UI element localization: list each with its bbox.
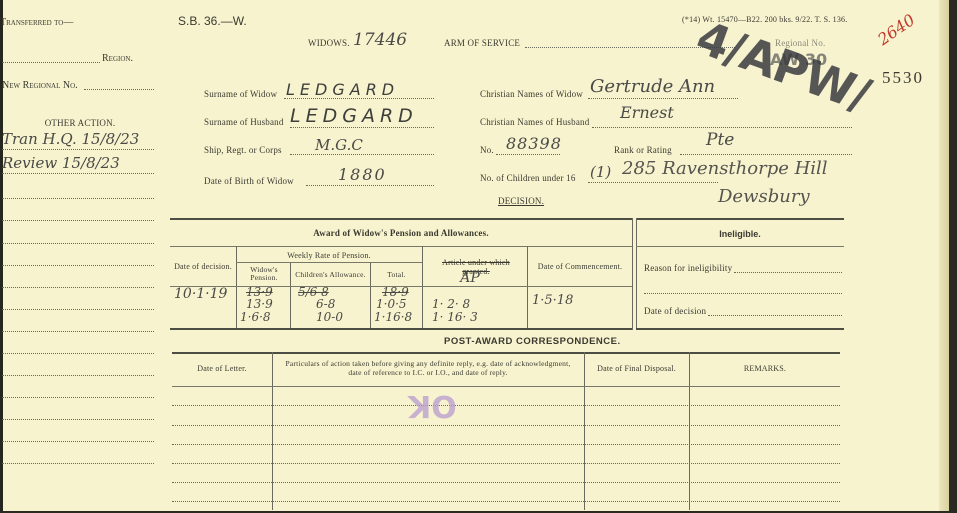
col-remarks: REMARKS.: [690, 364, 840, 373]
total-row-3: 1·16·8: [374, 310, 412, 324]
col-divider: [422, 246, 423, 330]
christian-widow-dotline: [588, 98, 738, 99]
christian-husband-label: Christian Names of Husband: [480, 117, 589, 127]
other-action-dotline: [2, 173, 154, 174]
award-title: Award of Widow's Pension and Allowances.: [170, 228, 632, 238]
widow-pension-card: Transferred to— Region. New Regional No.…: [0, 0, 949, 511]
col-date-decision: Date of decision.: [172, 262, 234, 271]
other-action-dotline: [2, 375, 154, 376]
ineligible-top-rule: [636, 218, 844, 220]
article-row-3: 1· 16· 3: [432, 310, 478, 324]
other-action-dotline: [2, 243, 154, 244]
children-allowance-row-3: 10-0: [316, 310, 343, 324]
corps-label: Ship, Regt. or Corps: [204, 145, 282, 155]
correspondence-row-line: [172, 482, 840, 483]
award-header-rule: [170, 246, 632, 247]
children-allowance-row-2: 6-8: [316, 297, 335, 311]
award-right-border: [632, 218, 633, 330]
other-action-dotline: [2, 397, 154, 398]
ineligible-title: Ineligible.: [636, 229, 844, 239]
service-number-value: 88398: [506, 134, 562, 153]
reason-dotline-2: [644, 293, 842, 294]
other-action-dotline: [2, 265, 154, 266]
arm-of-service-label: ARM OF SERVICE: [444, 38, 520, 48]
form-code: S.B. 36.—W.: [178, 14, 247, 28]
region-dotline: [2, 62, 100, 63]
correspondence-header-rule: [172, 386, 840, 387]
col-widow-pension: Widow's Pension.: [238, 266, 290, 282]
red-ink-number: 2640: [874, 10, 918, 49]
surname-widow-value: LEDGARD: [286, 80, 399, 99]
address-line-1: 285 Ravensthorpe Hill: [622, 158, 828, 179]
col-divider: [272, 352, 273, 510]
regional-number: 5530: [882, 68, 924, 88]
surname-husband-value: LEDGARD: [290, 105, 418, 127]
surname-widow-label: Surname of Widow: [204, 89, 277, 99]
other-action-dotline: [2, 287, 154, 288]
col-weekly-rate: Weekly Rate of Pension.: [236, 251, 422, 260]
rank-label: Rank or Rating: [614, 145, 672, 155]
correspondence-row-line: [172, 444, 840, 445]
correspondence-row-line: [172, 501, 840, 502]
col-divider: [584, 352, 585, 510]
region-label: Region.: [102, 53, 133, 64]
no-label: No.: [480, 145, 494, 155]
other-action-title: OTHER ACTION.: [40, 118, 120, 128]
corps-dotline: [290, 154, 434, 155]
award-bottom-rule: [170, 328, 632, 330]
col-final-disposal: Date of Final Disposal.: [584, 364, 689, 373]
article-row-2: 1· 2· 8: [432, 297, 470, 311]
new-regional-no-dotline: [84, 89, 154, 90]
correspondence-title: POST-AWARD CORRESPONDENCE.: [444, 336, 621, 347]
christian-husband-dotline: [592, 127, 852, 128]
children-value: (1): [590, 163, 611, 181]
other-action-entry-1: Tran H.Q. 15/8/23: [2, 130, 139, 148]
other-action-entry-2: Review 15/8/23: [2, 154, 120, 172]
new-regional-no-label: New Regional No.: [2, 80, 78, 91]
col-total: Total.: [371, 270, 422, 279]
other-action-dotline: [2, 441, 154, 442]
col-commencement: Date of Commencement.: [528, 262, 632, 271]
widow-pension-row-3: 1·6·8: [240, 310, 271, 324]
aw-stamp: AW 30: [770, 50, 827, 69]
date-of-decision-value: 10·1·19: [174, 286, 227, 302]
surname-husband-label: Surname of Husband: [204, 117, 284, 127]
commencement-value: 1·5·18: [532, 293, 573, 308]
widow-pension-row-2: 13·9: [246, 297, 273, 311]
dob-dotline: [306, 185, 434, 186]
correspondence-row-line: [172, 425, 840, 426]
dob-value: 1880: [338, 165, 387, 184]
widows-number: 17446: [353, 30, 407, 50]
other-action-dotline: [2, 309, 154, 310]
other-action-dotline: [2, 419, 154, 420]
christian-husband-value: Ernest: [620, 103, 674, 122]
ok-stamp: OK: [408, 388, 457, 423]
other-action-dotline: [2, 331, 154, 332]
other-action-dotline: [2, 353, 154, 354]
rank-value: Pte: [706, 130, 734, 150]
reason-dotline: [734, 272, 842, 273]
widows-label: WIDOWS.: [308, 38, 350, 48]
col-particulars: Particulars of action taken before givin…: [280, 359, 576, 377]
card-edge: [0, 0, 3, 511]
address-line-2: Dewsbury: [718, 186, 810, 207]
reason-ineligibility-label: Reason for ineligibility: [644, 263, 732, 273]
ineligible-date-label: Date of decision: [644, 306, 706, 316]
weekly-rate-rule: [236, 262, 422, 263]
article-value: AP: [440, 270, 500, 286]
ineligible-bottom-rule: [636, 328, 844, 330]
other-action-dotline: [2, 149, 154, 150]
correspondence-row-line: [172, 405, 840, 406]
other-action-dotline: [2, 198, 154, 199]
surname-widow-dotline: [284, 98, 434, 99]
transferred-to-label: Transferred to—: [0, 17, 73, 28]
decision-label: DECISION.: [498, 196, 544, 206]
dob-label: Date of Birth of Widow: [204, 176, 294, 186]
award-top-rule: [170, 218, 632, 220]
corps-value: M.G.C: [315, 136, 363, 154]
christian-widow-label: Christian Names of Widow: [480, 89, 583, 99]
no-dotline: [496, 154, 560, 155]
children-dotline: [588, 182, 718, 183]
col-divider: [527, 246, 528, 330]
other-action-dotline: [2, 463, 154, 464]
christian-widow-value: Gertrude Ann: [590, 76, 715, 97]
other-action-dotline: [2, 220, 154, 221]
correspondence-row-line: [172, 463, 840, 464]
children-label: No. of Children under 16: [480, 173, 576, 183]
regional-no-label: Regional No.: [775, 38, 825, 48]
ineligible-header-rule: [636, 246, 844, 247]
rank-dotline: [680, 154, 852, 155]
total-row-2: 1·0·5: [376, 297, 407, 311]
ineligible-date-dotline: [708, 315, 842, 316]
surname-husband-dotline: [290, 127, 434, 128]
col-children-allowance: Children's Allowance.: [291, 270, 370, 279]
col-divider: [689, 352, 690, 510]
col-date-letter: Date of Letter.: [172, 364, 272, 373]
